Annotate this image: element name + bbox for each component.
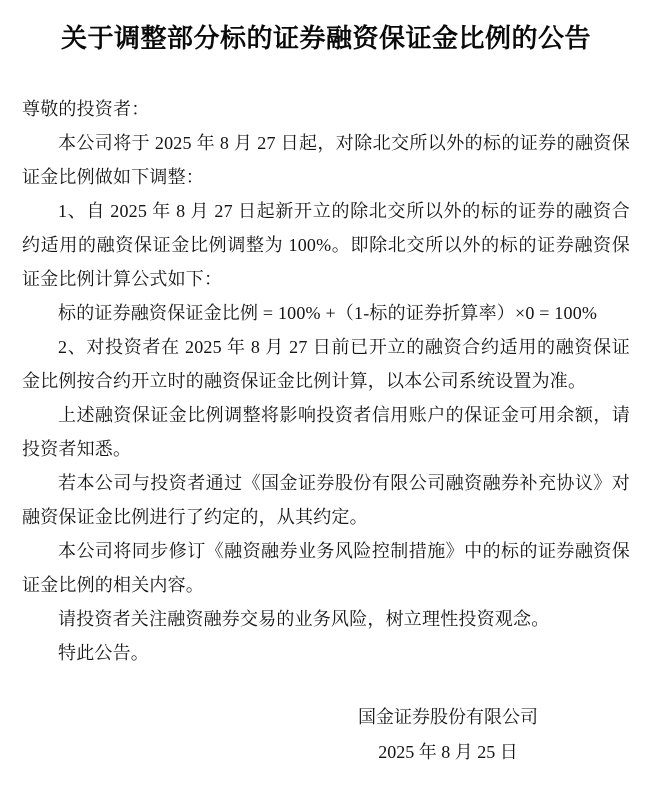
paragraph-risk-control-revision: 本公司将同步修订《融资融券业务风险控制措施》中的标的证券融资保证金比例的相关内容…	[22, 534, 630, 602]
signature-company: 国金证券股份有限公司	[358, 700, 538, 735]
announcement-page: 关于调整部分标的证券融资保证金比例的公告 尊敬的投资者： 本公司将于 2025 …	[0, 0, 650, 795]
paragraph-effective-date: 本公司将于 2025 年 8 月 27 日起，对除北交所以外的标的证券的融资保证…	[22, 126, 630, 194]
paragraph-risk-reminder: 请投资者关注融资融券交易的业务风险，树立理性投资观念。	[22, 602, 630, 636]
paragraph-item-2: 2、对投资者在 2025 年 8 月 27 日前已开立的融资合约适用的融资保证金…	[22, 330, 630, 398]
paragraph-supplement-agreement: 若本公司与投资者通过《国金证券股份有限公司融资融券补充协议》对融资保证金比例进行…	[22, 466, 630, 534]
paragraph-item-1: 1、自 2025 年 8 月 27 日起新开立的除北交所以外的标的证券的融资合约…	[22, 194, 630, 296]
signature-date: 2025 年 8 月 25 日	[378, 735, 518, 770]
salutation: 尊敬的投资者：	[22, 92, 630, 126]
signature-block: 国金证券股份有限公司 2025 年 8 月 25 日	[358, 700, 538, 770]
document-body: 尊敬的投资者： 本公司将于 2025 年 8 月 27 日起，对除北交所以外的标…	[22, 92, 630, 670]
page-title: 关于调整部分标的证券融资保证金比例的公告	[22, 20, 630, 56]
paragraph-closing: 特此公告。	[22, 636, 630, 670]
paragraph-balance-notice: 上述融资保证金比例调整将影响投资者信用账户的保证金可用余额，请投资者知悉。	[22, 398, 630, 466]
formula-line: 标的证券融资保证金比例 = 100% +（1-标的证券折算率）×0 = 100%	[22, 296, 630, 330]
